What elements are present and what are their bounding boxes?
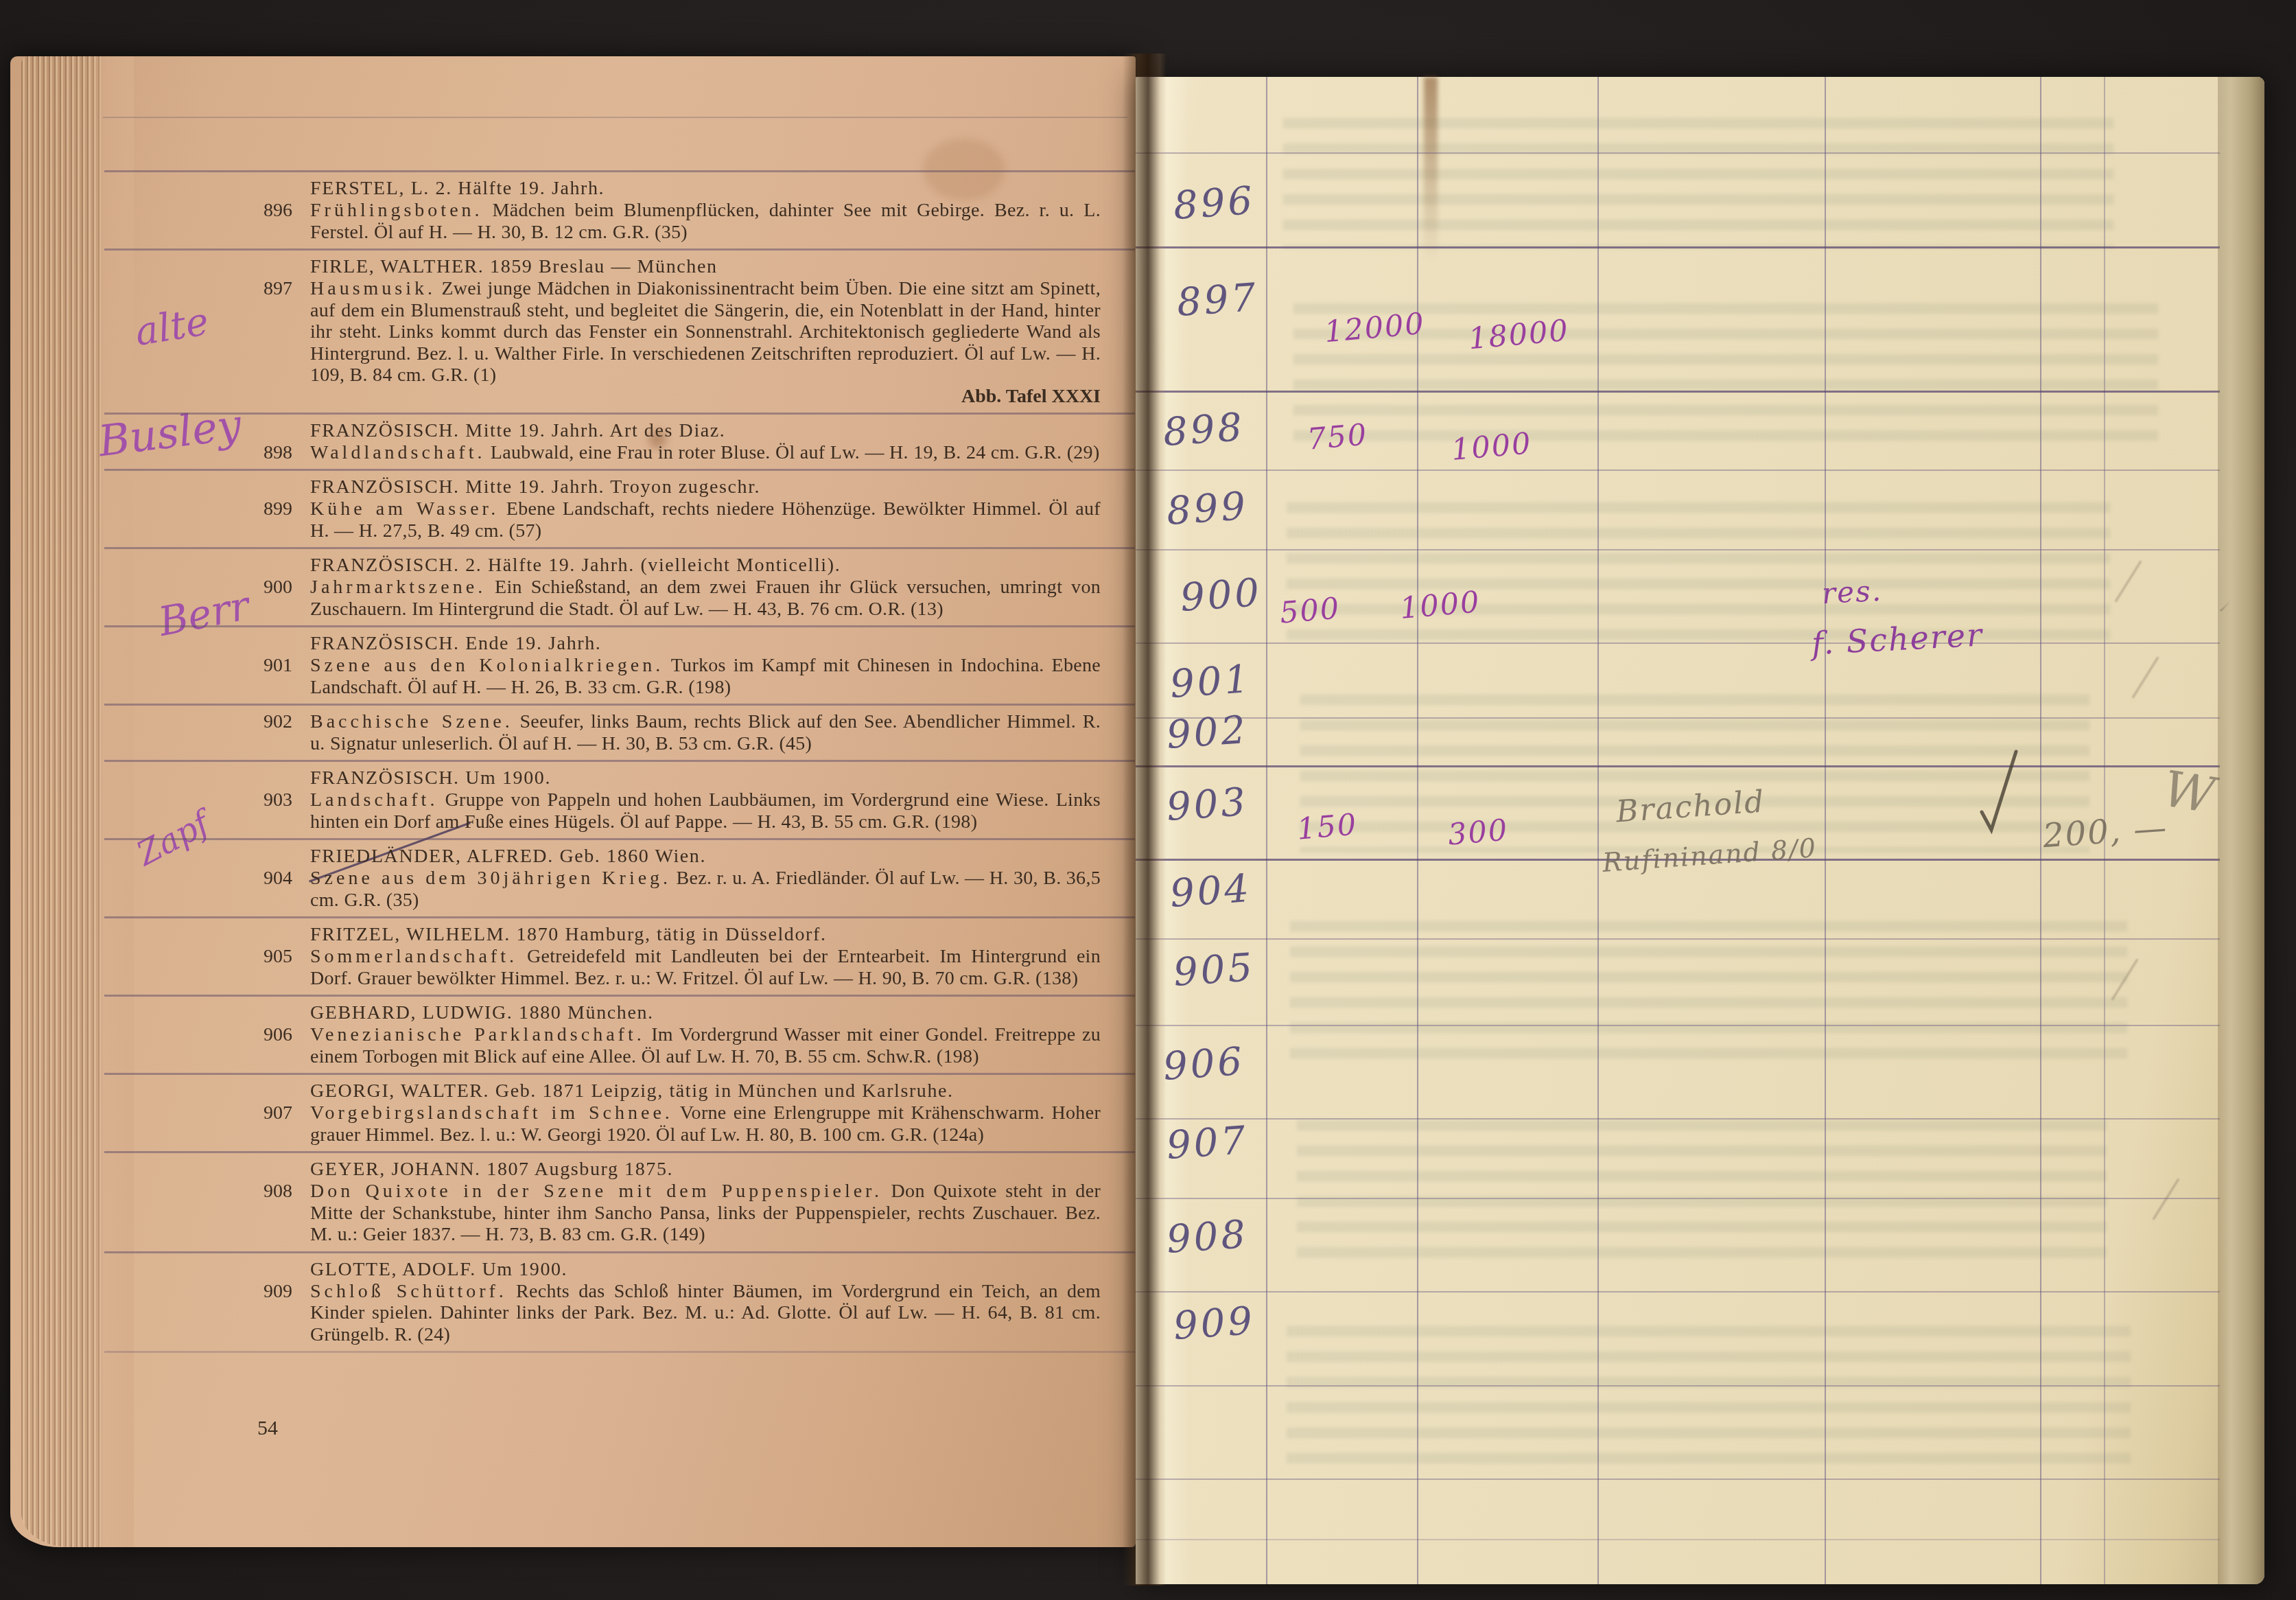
separator-rule (104, 1073, 1135, 1075)
lot-number: 897 (213, 278, 292, 300)
page-number: 54 (257, 1417, 278, 1440)
lot-title: Kühe am Wasser. (310, 498, 499, 520)
checkmark-icon (1976, 746, 2024, 842)
pencil-scribble-w: W (2159, 760, 2220, 825)
artist-line: FIRLE, WALTHER. 1859 Breslau — München (310, 256, 1101, 278)
page-edge-fade (86, 56, 134, 1547)
lot-number: 904 (213, 868, 292, 890)
separator-rule (104, 413, 1135, 415)
ledger-page: 896 897 12000 18000 898 750 1000 899 900… (1136, 77, 2264, 1584)
page-curl-edge (2218, 77, 2264, 1584)
ledger-row-909: 909 (1136, 1301, 2264, 1365)
row-line (1136, 1025, 2220, 1026)
artist-line: FRIEDLÄNDER, ALFRED. Geb. 1860 Wien. (310, 846, 1101, 868)
ledger-row-899: 899 (1136, 487, 2264, 550)
ink-note-res: res. (1821, 574, 1883, 611)
pencil-price: 200, — (2041, 809, 2169, 856)
lot-title: Sommerlandschaft. (310, 946, 517, 967)
lot-number: 907 (213, 1102, 292, 1124)
catalog-page: alte Busley Berr Zapf FERSTEL, L. 2. Häl… (10, 56, 1136, 1547)
catalog-entry-904: FRIEDLÄNDER, ALFRED. Geb. 1860 Wien. 904… (310, 846, 1101, 911)
separator-rule (104, 547, 1135, 549)
lot-title: Venezianische Parklandschaft. (310, 1024, 645, 1045)
ledger-row-906: 906 (1136, 1042, 2264, 1105)
lot-number-handwritten: 896 (1172, 178, 1256, 229)
lot-title: Frühlingsboten. (310, 200, 483, 221)
lot-number-handwritten: 900 (1179, 570, 1263, 621)
row-line (1136, 642, 2220, 644)
separator-rule (104, 625, 1135, 627)
separator-rule (104, 1251, 1135, 1253)
separator-rule (104, 995, 1135, 997)
ledger-row-904: 904 (1136, 869, 2264, 932)
separator-rule (104, 1151, 1135, 1153)
row-line (1136, 1118, 2220, 1120)
price-entry-2: 300 (1446, 813, 1510, 852)
lot-number-handwritten: 905 (1172, 945, 1256, 995)
ink-note-name: f. Scherer (1811, 616, 1984, 662)
ledger-row-900: 900 500 1000 (1136, 573, 2264, 636)
catalog-entry-909: GLOTTE, ADOLF. Um 1900. 909 Schloß Schüt… (310, 1259, 1101, 1346)
separator-rule (104, 838, 1135, 840)
artist-line: FRITZEL, WILHELM. 1870 Hamburg, tätig in… (310, 924, 1101, 946)
row-line (1136, 246, 2220, 248)
lot-number-handwritten: 897 (1175, 275, 1260, 325)
row-line (1136, 1539, 2220, 1540)
catalog-entry-903: FRANZÖSISCH. Um 1900. 903 Landschaft. Gr… (310, 767, 1101, 833)
artist-line: FRANZÖSISCH. 2. Hälfte 19. Jahrh. (viell… (310, 555, 1101, 577)
lot-title: Jahrmarktszene. (310, 577, 486, 598)
lot-number: 901 (213, 655, 292, 677)
lot-title: Szene aus dem 30jährigen Krieg. (310, 868, 671, 889)
row-line (1136, 1385, 2220, 1387)
artist-line: GLOTTE, ADOLF. Um 1900. (310, 1259, 1101, 1281)
catalog-entry-907: GEORGI, WALTER. Geb. 1871 Leipzig, tätig… (310, 1080, 1101, 1146)
lot-description: Laubwald, eine Frau in roter Bluse. Öl a… (491, 442, 1100, 463)
plate-reference: Abb. Tafel XXXI (310, 386, 1101, 407)
lot-title: Hausmusik. (310, 278, 436, 299)
lot-number: 908 (213, 1181, 292, 1203)
lot-number-handwritten: 901 (1169, 657, 1253, 707)
separator-rule (104, 170, 1135, 172)
catalog-entry-908: GEYER, JOHANN. 1807 Augsburg 1875. 908 D… (310, 1159, 1101, 1246)
ledger-row-898: 898 750 1000 (1136, 408, 2264, 471)
lot-number: 896 (213, 200, 292, 222)
lot-number: 905 (213, 946, 292, 968)
artist-line: FRANZÖSISCH. Um 1900. (310, 767, 1101, 789)
lot-title: Szene aus den Kolonialkriegen. (310, 655, 664, 676)
row-line (1136, 152, 2220, 154)
ledger-line (103, 117, 1127, 118)
lot-number: 906 (213, 1024, 292, 1046)
lot-number-handwritten: 898 (1162, 405, 1246, 455)
price-entry-1: 150 (1296, 807, 1359, 846)
artist-line: GEYER, JOHANN. 1807 Augsburg 1875. (310, 1159, 1101, 1181)
catalog-entry-905: FRITZEL, WILHELM. 1870 Hamburg, tätig in… (310, 924, 1101, 989)
catalog-entry-901: FRANZÖSISCH. Ende 19. Jahrh. 901 Szene a… (310, 633, 1101, 698)
catalog-entry-900: FRANZÖSISCH. 2. Hälfte 19. Jahrh. (viell… (310, 555, 1101, 620)
book-gutter (1123, 54, 1167, 1586)
separator-rule (104, 469, 1135, 471)
price-entry-2: 1000 (1398, 585, 1481, 626)
lot-number-handwritten: 903 (1165, 780, 1250, 830)
lot-title: Bacchische Szene. (310, 711, 513, 732)
row-line (1136, 1198, 2220, 1199)
separator-rule (104, 916, 1135, 918)
lot-title: Vorgebirgslandschaft im Schnee. (310, 1102, 673, 1124)
price-entry-1: 750 (1306, 417, 1369, 456)
row-line (1136, 391, 2220, 393)
row-line (1136, 1291, 2220, 1292)
lot-title: Waldlandschaft. (310, 442, 485, 463)
ledger-row-902: 902 (1136, 710, 2264, 774)
margin-note-897: alte (132, 299, 212, 355)
lot-number: 898 (213, 442, 292, 464)
ledger-row-907: 907 (1136, 1121, 2264, 1184)
lot-number-handwritten: 908 (1165, 1212, 1250, 1262)
lot-number-handwritten: 907 (1165, 1118, 1250, 1168)
price-entry-1: 500 (1278, 591, 1342, 630)
catalog-entry-902: 902 Bacchische Szene. Seeufer, links Bau… (310, 711, 1101, 754)
lot-number-handwritten: 906 (1162, 1039, 1246, 1089)
ledger-row-908: 908 (1136, 1215, 2264, 1278)
lot-number: 899 (213, 498, 292, 520)
row-line (1136, 1479, 2220, 1480)
separator-rule (104, 248, 1135, 251)
pencil-hatch (2153, 1179, 2180, 1220)
lot-number-handwritten: 904 (1169, 866, 1253, 916)
artist-line: GEORGI, WALTER. Geb. 1871 Leipzig, tätig… (310, 1080, 1101, 1102)
catalog-entries: FERSTEL, L. 2. Hälfte 19. Jahrh. 896 Frü… (310, 165, 1101, 1358)
catalog-entry-899: FRANZÖSISCH. Mitte 19. Jahrh. Troyon zug… (310, 476, 1101, 542)
separator-rule (104, 1351, 1135, 1353)
catalog-entry-906: GEBHARD, LUDWIG. 1880 München. 906 Venez… (310, 1002, 1101, 1067)
artist-line: FERSTEL, L. 2. Hälfte 19. Jahrh. (310, 178, 1101, 200)
price-entry-2: 1000 (1450, 426, 1533, 467)
separator-rule (104, 760, 1135, 762)
artist-line: GEBHARD, LUDWIG. 1880 München. (310, 1002, 1101, 1024)
artist-line: FRANZÖSISCH. Mitte 19. Jahrh. Art des Di… (310, 420, 1101, 442)
catalog-entry-896: FERSTEL, L. 2. Hälfte 19. Jahrh. 896 Frü… (310, 178, 1101, 243)
artist-line: FRANZÖSISCH. Ende 19. Jahrh. (310, 633, 1101, 655)
separator-rule (104, 704, 1135, 706)
lot-number: 909 (213, 1281, 292, 1303)
lot-number: 900 (213, 577, 292, 599)
ledger-row-905: 905 (1136, 948, 2264, 1011)
catalog-entry-897: FIRLE, WALTHER. 1859 Breslau — München 8… (310, 256, 1101, 407)
lot-number-handwritten: 902 (1165, 708, 1250, 758)
lot-title: Landschaft. (310, 789, 438, 811)
lot-number-handwritten: 909 (1172, 1299, 1256, 1349)
lot-number-handwritten: 899 (1165, 484, 1250, 534)
ledger-row-896: 896 (1136, 181, 2264, 244)
row-line (1136, 938, 2220, 940)
lot-title: Don Quixote in der Szene mit dem Puppens… (310, 1181, 882, 1202)
ledger-row-897: 897 12000 18000 (1136, 278, 2264, 341)
catalog-entry-898: FRANZÖSISCH. Mitte 19. Jahrh. Art des Di… (310, 420, 1101, 464)
lot-number: 902 (213, 711, 292, 733)
lot-title: Schloß Schüttorf. (310, 1281, 507, 1302)
artist-line: FRANZÖSISCH. Mitte 19. Jahrh. Troyon zug… (310, 476, 1101, 498)
lot-number: 903 (213, 789, 292, 811)
